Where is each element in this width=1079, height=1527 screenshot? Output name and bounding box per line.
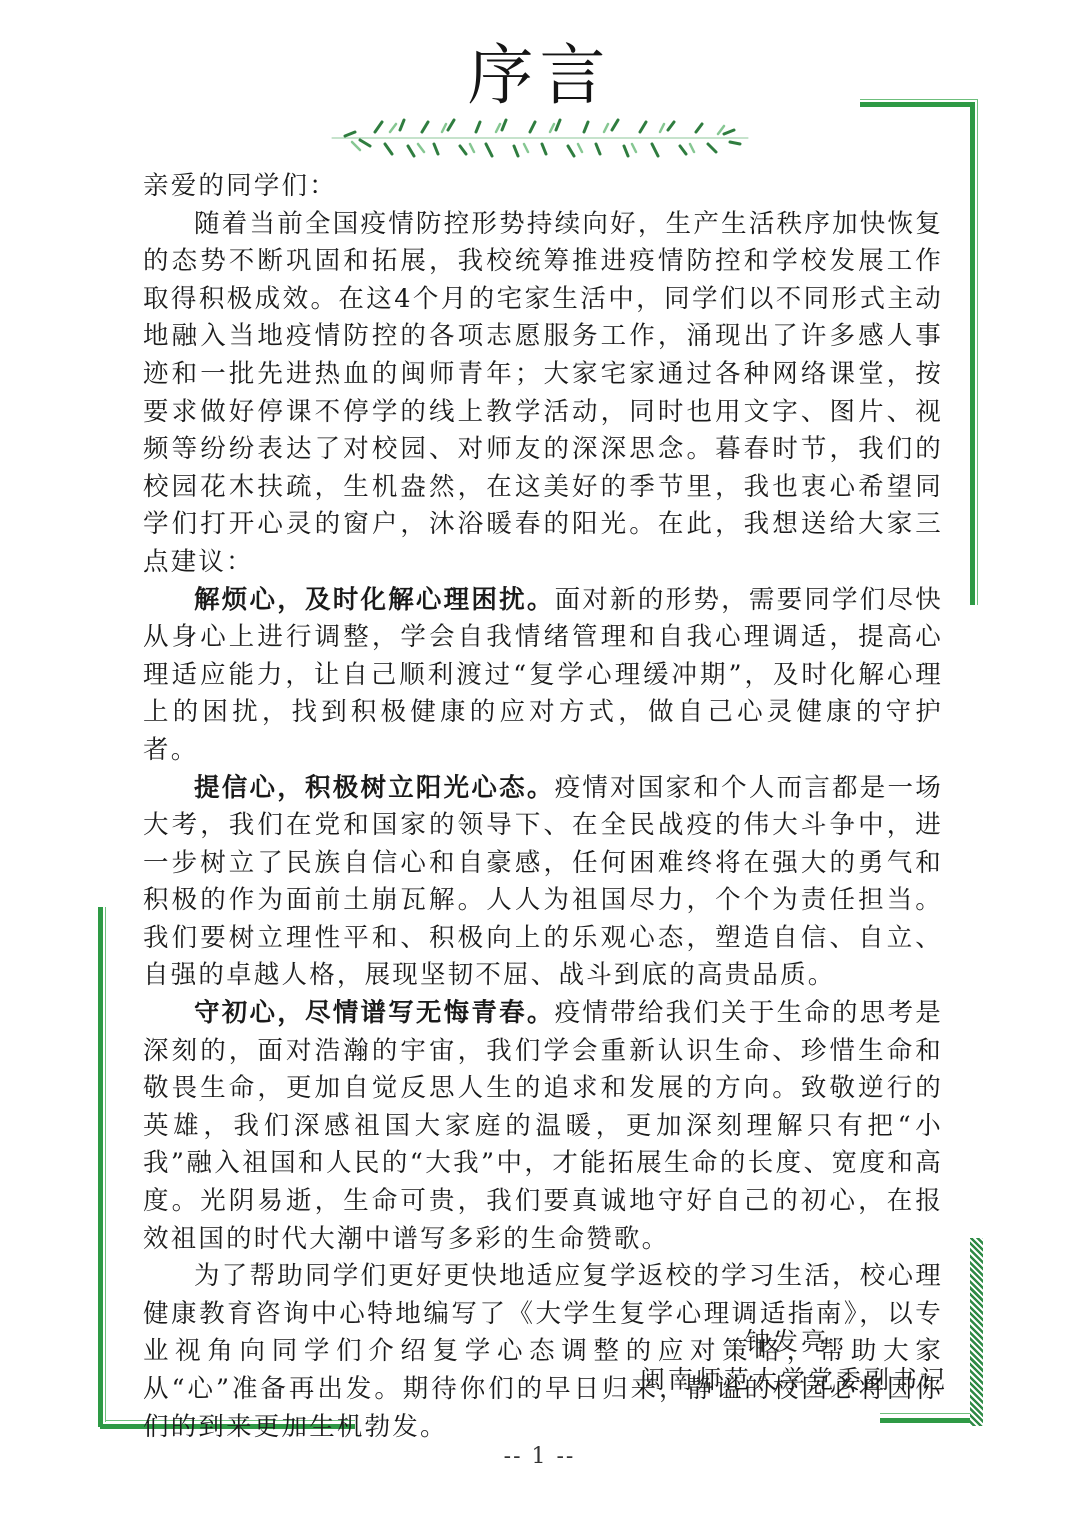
frame-left-line xyxy=(105,907,106,1422)
salutation: 亲爱的同学们： xyxy=(143,168,943,206)
paragraph-lead: 守初心，尽情谱写无悔青春。 xyxy=(194,998,555,1028)
paragraph-lead: 提信心，积极树立阳光心态。 xyxy=(194,773,555,803)
frame-right-bar xyxy=(970,102,975,605)
paragraph-lead: 解烦心，及时化解心理困扰。 xyxy=(194,585,555,615)
frame-right-line xyxy=(977,99,978,605)
frame-top-right-line xyxy=(860,99,978,100)
paragraph-text: 疫情对国家和个人而言都是一场大考，我们在党和国家的领导下、在全民战疫的伟大斗争中… xyxy=(143,773,943,991)
paragraph-suggestion-1: 解烦心，及时化解心理困扰。面对新的形势，需要同学们尽快从身心上进行调整，学会自我… xyxy=(143,582,943,770)
leaf-garland-decoration xyxy=(330,112,750,164)
paragraph-text: 疫情带给我们关于生命的思考是深刻的，面对浩瀚的宇宙，我们学会重新认识生命、珍惜生… xyxy=(143,998,943,1254)
body-text: 亲爱的同学们： 随着当前全国疫情防控形势持续向好，生产生活秩序加快恢复的态势不断… xyxy=(143,168,943,1446)
signature-name: 钟发亮 xyxy=(745,1322,829,1358)
frame-top-right-bar xyxy=(860,102,973,107)
page-number: -- 1 -- xyxy=(0,1444,1079,1469)
frame-bottom-right-hatch xyxy=(970,1238,983,1426)
paragraph-text: 随着当前全国疫情防控形势持续向好，生产生活秩序加快恢复的态势不断巩固和拓展，我校… xyxy=(143,209,943,577)
paragraph-suggestion-3: 守初心，尽情谱写无悔青春。疫情带给我们关于生命的思考是深刻的，面对浩瀚的宇宙，我… xyxy=(143,995,943,1258)
frame-left-bar xyxy=(98,907,103,1427)
paragraph-intro: 随着当前全国疫情防控形势持续向好，生产生活秩序加快恢复的态势不断巩固和拓展，我校… xyxy=(143,206,943,582)
signature-title: 闽南师范大学党委副书记 xyxy=(640,1360,948,1396)
paragraph-suggestion-2: 提信心，积极树立阳光心态。疫情对国家和个人而言都是一场大考，我们在党和国家的领导… xyxy=(143,770,943,996)
